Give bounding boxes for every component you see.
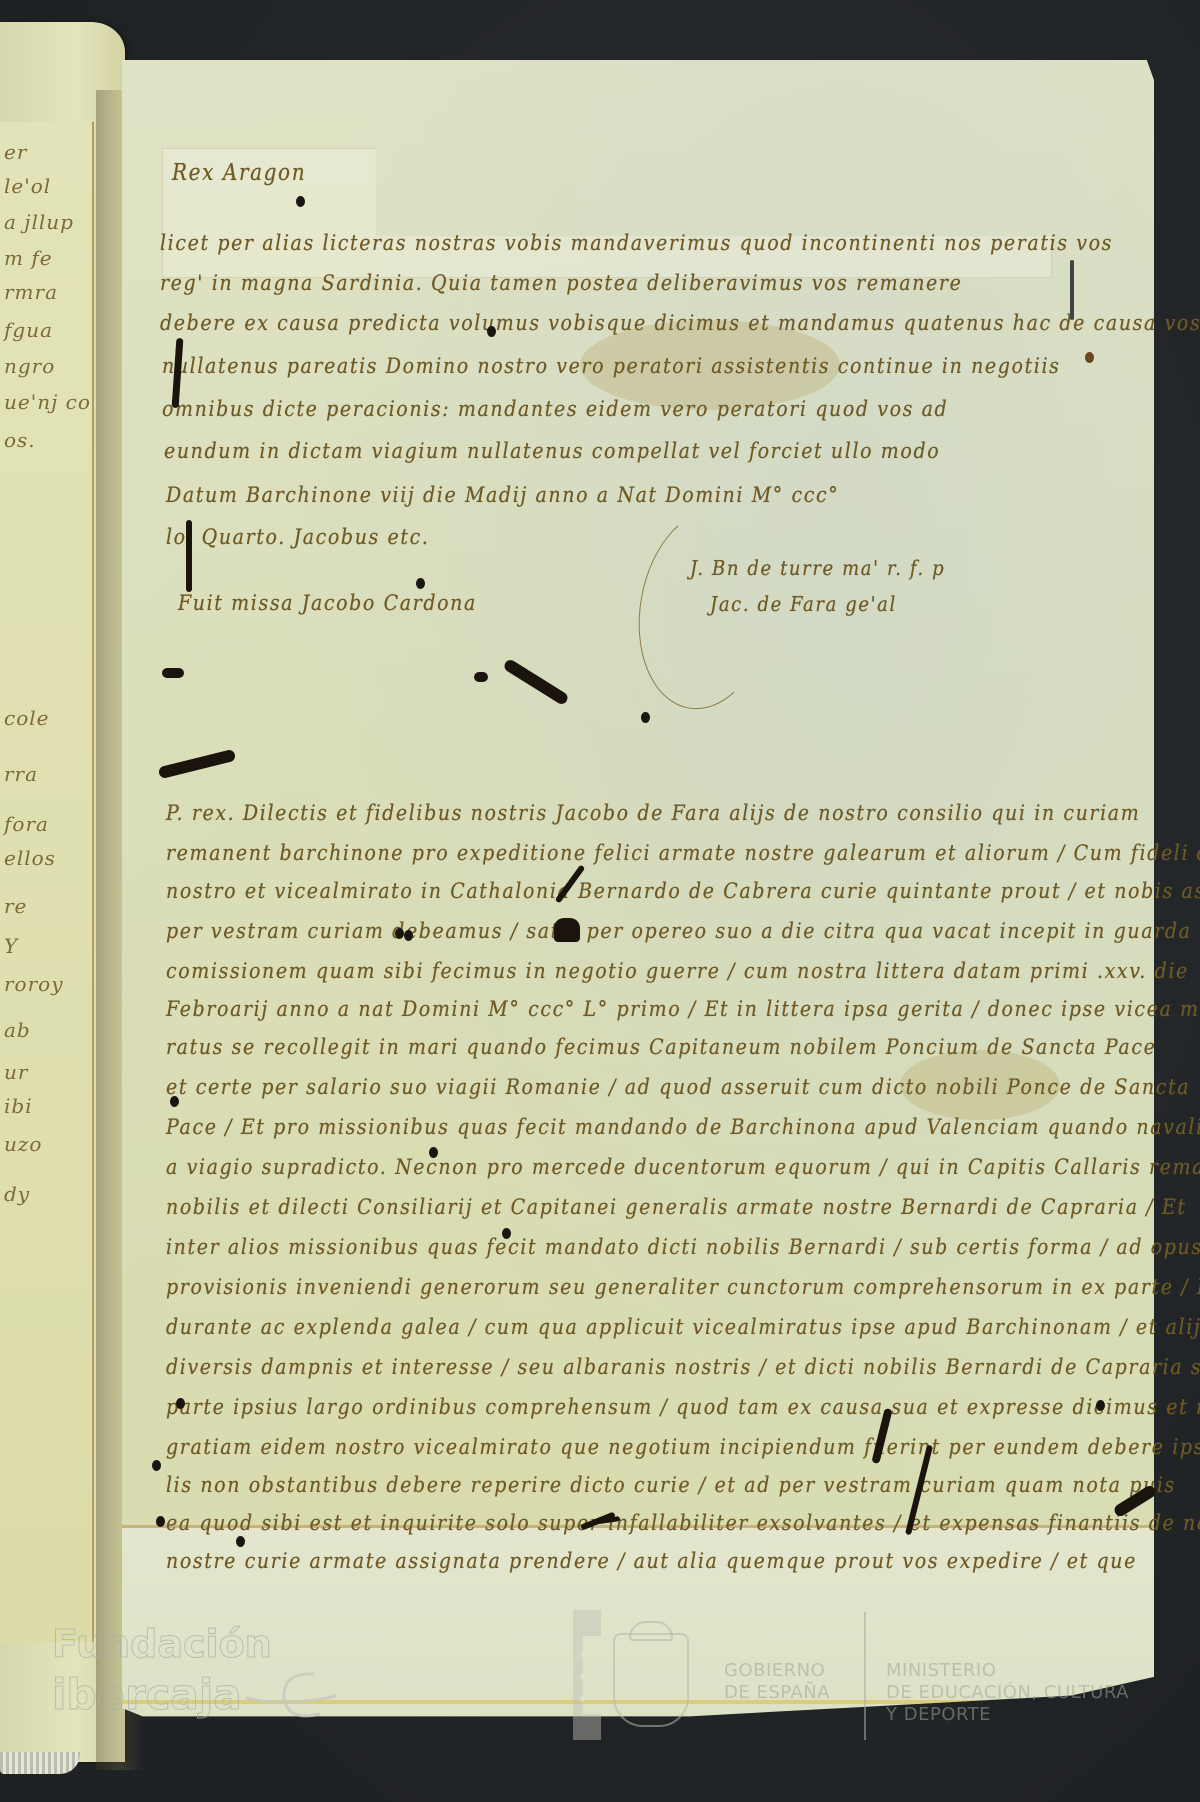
text-line: debere ex causa predicta volumus vobisqu… <box>160 310 1200 335</box>
worm-hole <box>429 1147 438 1158</box>
text-line: diversis dampnis et interesse / seu alba… <box>166 1354 1200 1379</box>
ibercaja-logo-icon <box>244 1660 344 1730</box>
margin-fragment: a jllup <box>4 210 74 234</box>
worm-hole <box>1096 1400 1105 1411</box>
entry-heading: Rex Aragon <box>172 158 306 186</box>
margin-fragment: fora <box>4 812 49 836</box>
margin-fragment: ue'nj co <box>4 390 91 414</box>
worm-hole <box>416 578 425 589</box>
margin-fragment: m fe <box>4 246 53 270</box>
government-label: GOBIERNO DE ESPAÑA <box>724 1660 830 1704</box>
worm-hole <box>487 326 496 337</box>
text-line: Febroarij anno a nat Domini M° ccc° L° p… <box>166 996 1200 1021</box>
worm-hole <box>395 928 404 939</box>
text-line: gratiam eidem nostro vicealmirato que ne… <box>166 1434 1200 1459</box>
left-folio-text-area: er le'ol a jllup m fe rmra fgua ngro ue'… <box>0 122 94 1642</box>
worm-hole <box>296 196 305 207</box>
text-line: inter alios missionibus quas fecit manda… <box>166 1234 1200 1259</box>
text-line: et certe per salario suo viagii Romanie … <box>166 1074 1190 1099</box>
margin-fragment: le'ol <box>4 174 51 198</box>
text-line: P. rex. Dilectis et fidelibus nostris Ja… <box>166 800 1140 825</box>
margin-fragment: cole <box>4 706 49 730</box>
worm-hole <box>176 1398 185 1409</box>
worm-hole <box>236 1536 245 1547</box>
text-line: reg' in magna Sardinia. Quia tamen poste… <box>160 270 962 295</box>
ink-blot <box>186 520 192 592</box>
text-line: nullatenus pareatis Domino nostro vero p… <box>162 353 1061 378</box>
text-line: comissionem quam sibi fecimus in negotio… <box>166 958 1189 983</box>
ministry-label: MINISTERIO DE EDUCACIÓN, CULTURA Y DEPOR… <box>886 1660 1129 1726</box>
margin-fragment: ibi <box>4 1094 33 1118</box>
text-line: Pace / Et pro missionibus quas fecit man… <box>166 1114 1200 1139</box>
margin-fragment: fgua <box>4 318 53 342</box>
tear-line <box>1070 260 1074 320</box>
text-line: omnibus dicte peracionis: mandantes eide… <box>162 396 948 421</box>
worm-hole <box>1085 352 1094 363</box>
margin-fragment: ngro <box>4 354 55 378</box>
margin-fragment: os. <box>4 428 36 452</box>
text-line: ea quod sibi est et inquirite solo super… <box>166 1510 1200 1535</box>
worm-hole <box>152 1460 161 1471</box>
text-line: remanent barchinone pro expeditione feli… <box>166 840 1200 865</box>
text-line: nostro et vicealmirato in Cathalonia Ber… <box>166 878 1200 903</box>
frayed-binding-edge <box>0 1752 80 1774</box>
text-line: Datum Barchinone viij die Madij anno a N… <box>166 482 839 507</box>
text-line: provisionis inveniendi generorum seu gen… <box>166 1274 1200 1299</box>
margin-fragment: re <box>4 894 27 918</box>
watermark-line: Fundación <box>52 1622 272 1666</box>
text-line: lo. Quarto. Jacobus etc. <box>166 524 429 549</box>
worm-hole <box>502 1228 511 1239</box>
text-line: nostre curie armate assignata prendere /… <box>166 1548 1137 1573</box>
margin-fragment: rmra <box>4 280 58 304</box>
worm-hole <box>641 712 650 723</box>
margin-fragment: rra <box>4 762 38 786</box>
worm-hole <box>156 1516 165 1527</box>
text-line: eundum in dictam viagium nullatenus comp… <box>164 438 940 463</box>
worm-hole <box>170 1096 179 1107</box>
ink-blot <box>162 668 184 678</box>
closing-note: Fuit missa Jacobo Cardona <box>178 590 477 615</box>
margin-fragment: Y <box>4 934 18 958</box>
watermark-divider <box>864 1612 866 1740</box>
margin-fragment: roroy <box>4 972 64 996</box>
margin-fragment: dy <box>4 1182 30 1206</box>
text-line: durante ac explenda galea / cum qua appl… <box>166 1314 1200 1339</box>
ink-blot <box>474 672 488 682</box>
coat-of-arms-icon <box>613 1633 689 1727</box>
margin-fragment: er <box>4 140 27 164</box>
text-line: nobilis et dilecti Consiliarij et Capita… <box>166 1194 1187 1219</box>
margin-fragment: uzo <box>4 1132 42 1156</box>
text-line: parte ipsius largo ordinibus comprehensu… <box>166 1394 1200 1419</box>
margin-fragment: ellos <box>4 846 56 870</box>
watermark-line: ibercaja <box>52 1670 242 1719</box>
margin-fragment: ur <box>4 1060 28 1084</box>
stars-icon: ★★★ <box>578 1645 587 1711</box>
worm-hole <box>404 930 413 941</box>
text-line: licet per alias licteras nostras vobis m… <box>160 230 1113 255</box>
text-line: ratus se recollegit in mari quando fecim… <box>166 1034 1156 1059</box>
text-line: per vestram curiam debeamus / satis per … <box>166 918 1192 943</box>
ink-blot <box>554 918 580 942</box>
text-line: lis non obstantibus debere reperire dict… <box>166 1472 1176 1497</box>
text-line: a viagio supradicto. Necnon pro mercede … <box>166 1154 1200 1179</box>
margin-fragment: ab <box>4 1018 31 1042</box>
